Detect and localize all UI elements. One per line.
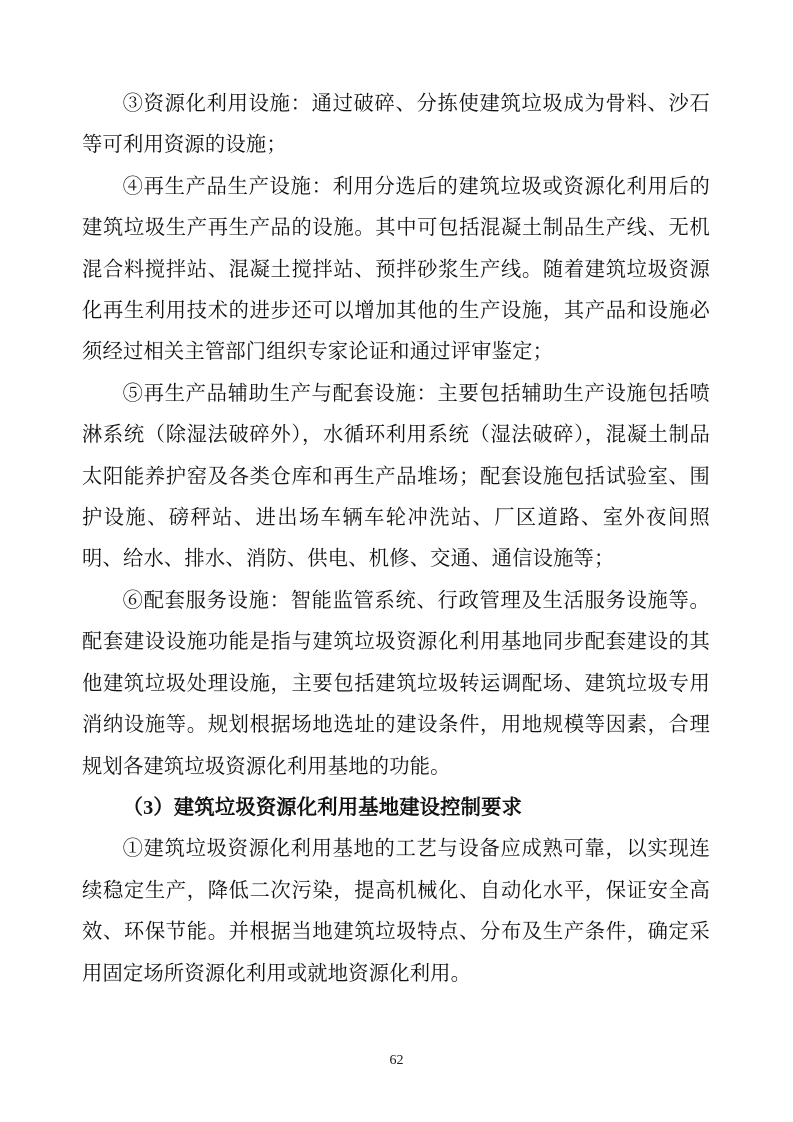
document-page: ③资源化利用设施：通过破碎、分拣使建筑垃圾成为骨料、沙石等可利用资源的设施； ④…: [0, 0, 793, 1122]
section-heading-construction-control-requirements: （3）建筑垃圾资源化利用基地建设控制要求: [82, 788, 710, 829]
paragraph-item-4: ④再生产品生产设施：利用分选后的建筑垃圾或资源化利用后的建筑垃圾生产再生产品的设…: [82, 167, 710, 374]
paragraph-item-5: ⑤再生产品辅助生产与配套设施：主要包括辅助生产设施包括喷淋系统（除湿法破碎外），…: [82, 374, 710, 581]
page-number: 62: [0, 1052, 793, 1070]
paragraph-item-3: ③资源化利用设施：通过破碎、分拣使建筑垃圾成为骨料、沙石等可利用资源的设施；: [82, 84, 710, 167]
paragraph-item-6: ⑥配套服务设施：智能监管系统、行政管理及生活服务设施等。配套建设设施功能是指与建…: [82, 581, 710, 788]
paragraph-item-1: ①建筑垃圾资源化利用基地的工艺与设备应成熟可靠，以实现连续稳定生产，降低二次污染…: [82, 829, 710, 995]
document-body: ③资源化利用设施：通过破碎、分拣使建筑垃圾成为骨料、沙石等可利用资源的设施； ④…: [82, 84, 710, 995]
